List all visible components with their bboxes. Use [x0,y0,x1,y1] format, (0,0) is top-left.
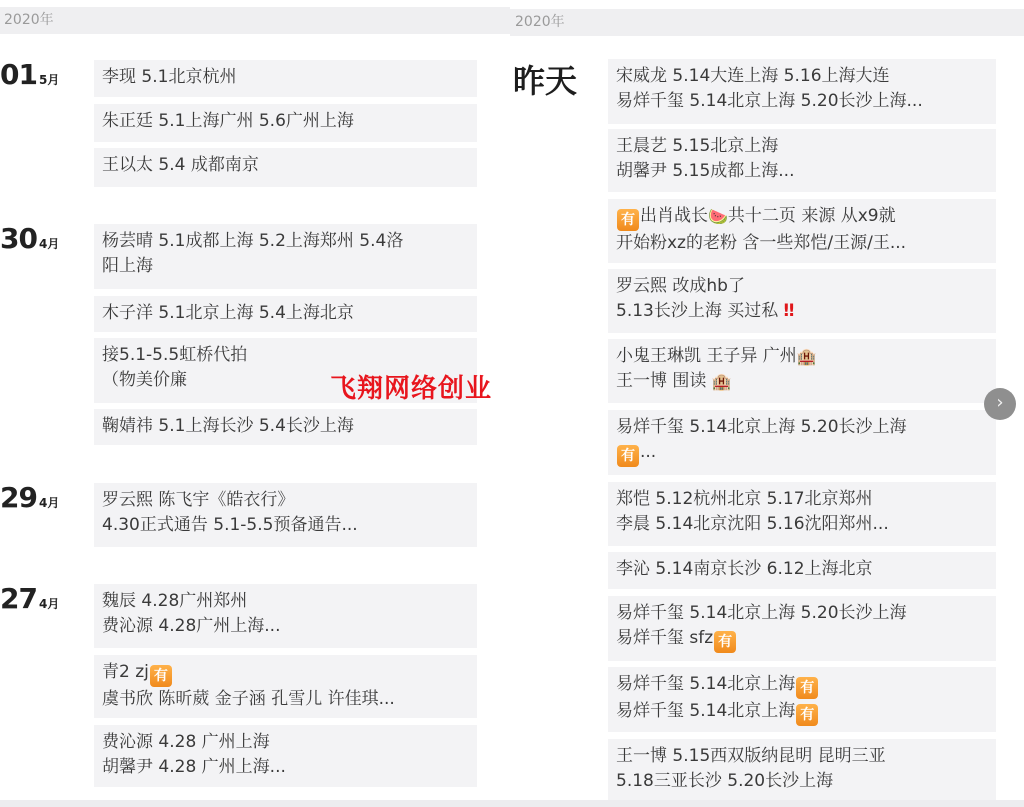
note-card[interactable]: 王晨艺 5.15北京上海 胡馨尹 5.15成都上海... [608,129,996,192]
date-label: 昨天 [513,56,577,102]
note-card[interactable]: 有出肖战长🍉共十二页 来源 从x9就 开始粉xz的老粉 含一些郑恺/王源/王..… [608,199,996,263]
note-card[interactable]: 朱正廷 5.1上海广州 5.6广州上海 [94,104,477,142]
note-card[interactable]: 罗云熙 改成hb了 5.13长沙上海 买过私 ‼ [608,269,996,333]
note-card[interactable]: 木子洋 5.1北京上海 5.4上海北京 [94,296,477,332]
year-header: 2020年 [0,7,510,34]
hotel-icon: 🏨 [797,344,817,369]
note-card[interactable]: 王一博 5.15西双版纳昆明 昆明三亚 5.18三亚长沙 5.20长沙上海 [608,739,996,800]
note-card[interactable]: 易烊千玺 5.14北京上海 5.20长沙上海 易烊千玺 sfz有 [608,596,996,661]
next-page-button[interactable]: › [984,388,1016,420]
month-label: 4月 [39,595,59,612]
note-card[interactable]: 李现 5.1北京杭州 [94,60,477,97]
note-card[interactable]: 费沁源 4.28 广州上海 胡馨尹 4.28 广州上海... [94,725,477,787]
note-card[interactable]: 杨芸晴 5.1成都上海 5.2上海郑州 5.4洛 阳上海 [94,224,477,289]
yesterday-label: 昨天 [513,56,577,102]
you-badge-icon: 有 [617,445,639,467]
day-number: 27 [0,582,37,615]
month-label: 4月 [39,235,59,252]
double-exclamation-icon: ‼ [784,301,795,321]
you-badge-icon: 有 [796,677,818,699]
day-number: 30 [0,222,37,255]
date-label: 27 4月 [0,582,59,615]
you-badge-icon: 有 [714,631,736,653]
note-card[interactable]: 宋威龙 5.14大连上海 5.16上海大连 易烊千玺 5.14北京上海 5.20… [608,59,996,124]
note-card[interactable]: 小鬼王琳凯 王子异 广州🏨 王一博 围读 🏨 [608,339,996,403]
month-label: 5月 [39,71,59,88]
year-header: 2020年 [510,9,1024,36]
day-number: 29 [0,481,37,514]
watermark-text: 飞翔网络创业 [330,368,492,405]
day-number: 01 [0,58,37,91]
note-card[interactable]: 易烊千玺 5.14北京上海 5.20长沙上海 有... [608,410,996,475]
note-card[interactable]: 魏辰 4.28广州郑州 费沁源 4.28广州上海... [94,584,477,648]
bottom-bar [0,800,1024,807]
note-card[interactable]: 李沁 5.14南京长沙 6.12上海北京 [608,552,996,589]
hotel-icon: 🏨 [712,369,732,394]
month-label: 4月 [39,494,59,511]
note-card[interactable]: 罗云熙 陈飞宇《皓衣行》 4.30正式通告 5.1-5.5预备通告... [94,483,477,547]
you-badge-icon: 有 [796,704,818,726]
right-panel: 2020年 昨天 宋威龙 5.14大连上海 5.16上海大连 易烊千玺 5.14… [510,0,1024,807]
note-card[interactable]: 郑恺 5.12杭州北京 5.17北京郑州 李晨 5.14北京沈阳 5.16沈阳郑… [608,482,996,546]
you-badge-icon: 有 [150,665,172,687]
note-card[interactable]: 王以太 5.4 成都南京 [94,148,477,187]
date-label: 01 5月 [0,58,59,91]
note-card[interactable]: 易烊千玺 5.14北京上海有 易烊千玺 5.14北京上海有 [608,667,996,732]
you-badge-icon: 有 [617,209,639,231]
note-card[interactable]: 鞠婧祎 5.1上海长沙 5.4长沙上海 [94,409,477,445]
chevron-right-icon: › [996,392,1003,413]
date-label: 29 4月 [0,481,59,514]
date-label: 30 4月 [0,222,59,255]
watermelon-icon: 🍉 [708,204,728,229]
note-card[interactable]: 青2 zj有 虞书欣 陈昕葳 金子涵 孔雪儿 许佳琪... [94,655,477,718]
